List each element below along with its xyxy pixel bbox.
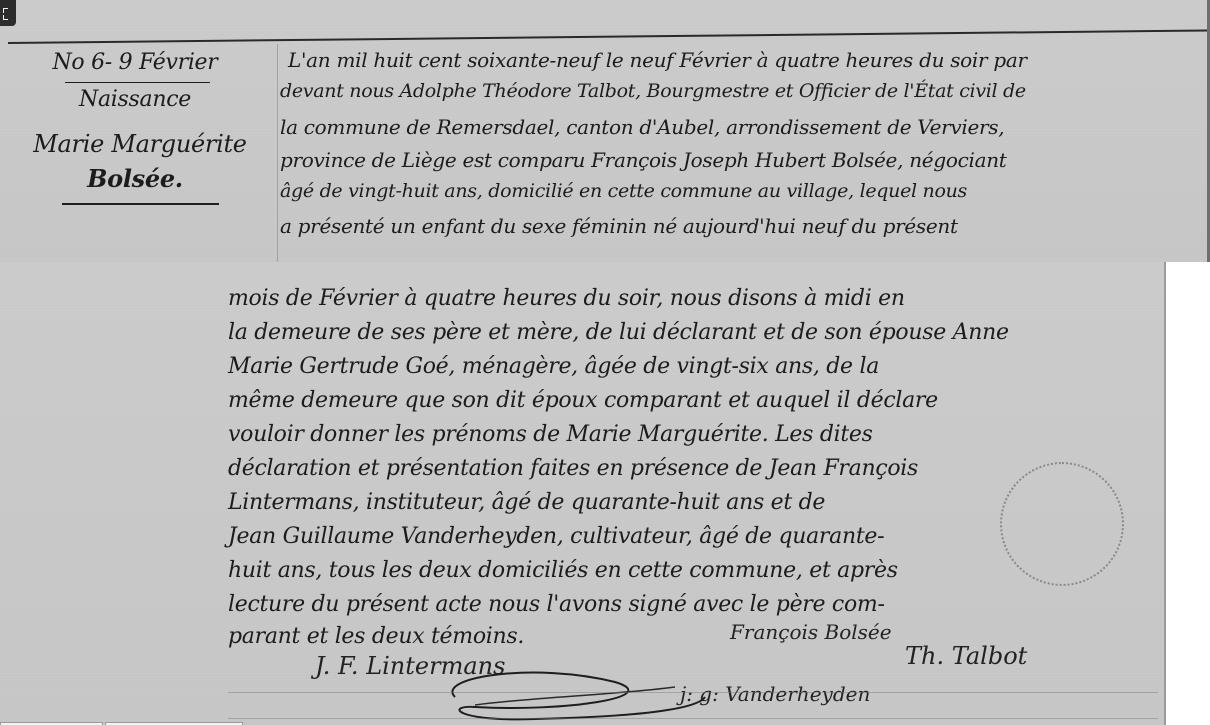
expand-fullscreen-button[interactable] — [0, 0, 16, 26]
margin-underline — [65, 82, 210, 83]
official-stamp — [1000, 462, 1124, 586]
body-line: parant et les deux témoins. — [228, 624, 524, 649]
body-line: Jean Guillaume Vanderheyden, cultivateur… — [228, 524, 884, 549]
child-given-names: Marie Marguérite — [15, 130, 265, 158]
top-rule — [8, 29, 1208, 44]
body-line: lecture du présent acte nous l'avons sig… — [228, 592, 885, 617]
body-line: huit ans, tous les deux domiciliés en ce… — [228, 558, 898, 583]
expand-icon-corner — [3, 15, 8, 20]
entry-number-date: No 6- 9 Février — [30, 50, 240, 75]
body-line: a présenté un enfant du sexe féminin né … — [280, 214, 958, 238]
body-line: Lintermans, instituteur, âgé de quarante… — [228, 490, 825, 515]
margin-rule — [277, 44, 278, 262]
body-line: province de Liège est comparu François J… — [280, 148, 1007, 172]
signature-officer-talbot: Th. Talbot — [905, 642, 1027, 670]
signature-flourish — [415, 657, 715, 725]
body-line: déclaration et présentation faites en pr… — [228, 456, 918, 481]
body-line: la demeure de ses père et mère, de lui d… — [228, 320, 1009, 345]
body-line: âgé de vingt-huit ans, domicilié en cett… — [280, 180, 967, 202]
body-line: mois de Février à quatre heures du soir,… — [228, 286, 905, 311]
body-line: Marie Gertrude Goé, ménagère, âgée de vi… — [228, 354, 879, 379]
document-viewer: No 6- 9 Février Naissance Marie Marguéri… — [0, 0, 1210, 725]
body-line: vouloir donner les prénoms de Marie Marg… — [228, 422, 873, 447]
ruled-line — [228, 718, 1158, 719]
child-surname: Bolsée. — [30, 164, 240, 193]
body-line: la commune de Remersdael, canton d'Aubel… — [280, 115, 1004, 139]
body-line: devant nous Adolphe Théodore Talbot, Bou… — [280, 80, 1026, 102]
ruled-line — [228, 692, 1158, 693]
register-page-upper-scan: No 6- 9 Février Naissance Marie Marguéri… — [0, 0, 1210, 262]
signature-father: François Bolsée — [730, 620, 892, 644]
margin-end-rule — [62, 203, 219, 205]
body-line: même demeure que son dit époux comparant… — [228, 388, 938, 413]
expand-icon — [3, 8, 8, 13]
entry-date: 9 Février — [119, 50, 218, 75]
entry-number: No 6- — [52, 50, 111, 75]
body-line: L'an mil huit cent soixante-neuf le neuf… — [288, 48, 1027, 72]
register-page-lower-scan: mois de Février à quatre heures du soir,… — [0, 262, 1166, 725]
entry-type: Naissance — [30, 87, 240, 112]
